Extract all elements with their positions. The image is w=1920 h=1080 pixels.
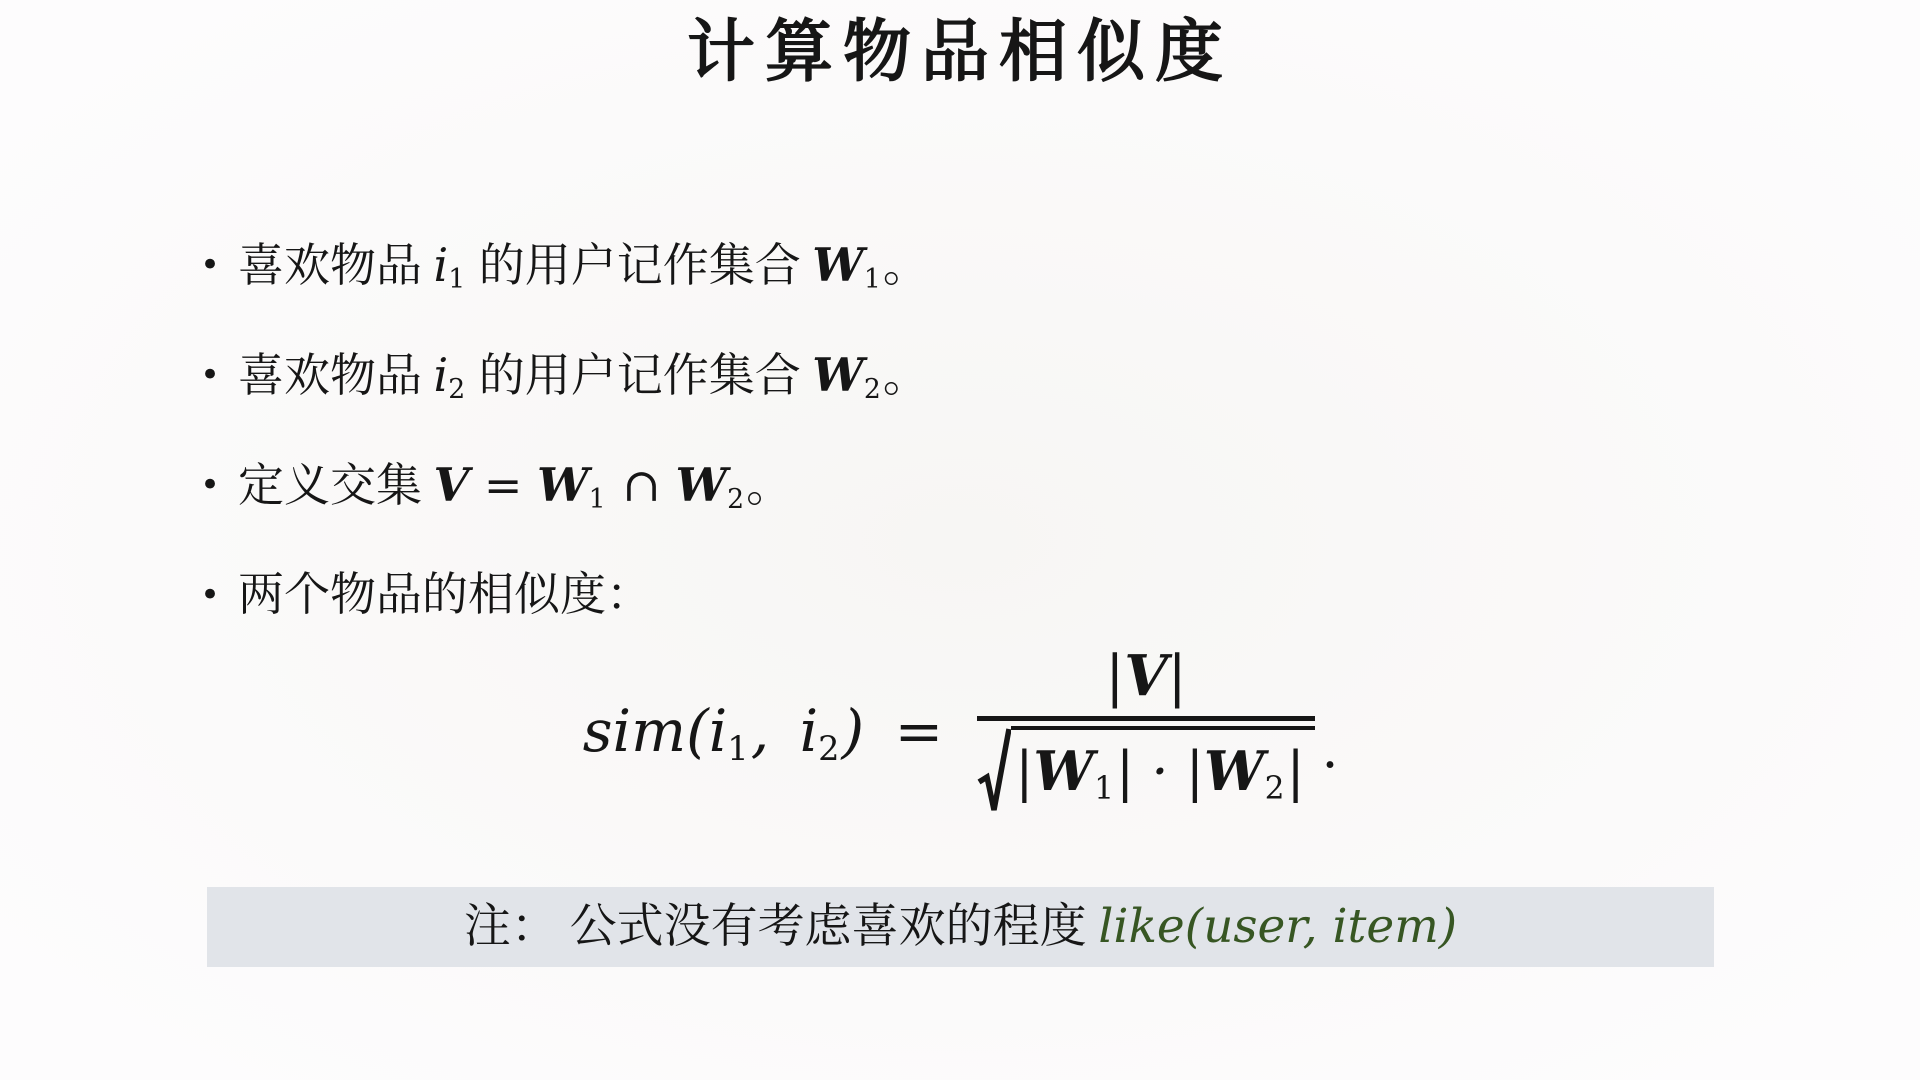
bullet-text-3: 定义交集 V = W1 ∩ W2。 (238, 455, 792, 516)
text-segment: V (434, 458, 470, 512)
text-segment: | (1287, 740, 1305, 803)
text-segment: 。 (883, 240, 929, 291)
bullet-list: • 喜欢物品 i1 的用户记作集合 W1。 • 喜欢物品 i2 的用户记作集合 … (200, 235, 1700, 675)
bullet-marker: • (200, 455, 238, 515)
text-segment: 的用户记作集合 (467, 240, 812, 291)
fraction-denominator: |W1| · |W2| (1011, 726, 1314, 818)
bullet-marker: • (200, 345, 238, 405)
text-segment: V (1124, 643, 1167, 709)
subscript: 1 (727, 729, 748, 768)
note-text: 注： 公式没有考虑喜欢的程度 like(user, item) (464, 897, 1457, 957)
text-segment: | (1168, 644, 1187, 709)
formula-period: . (1323, 714, 1338, 781)
text-segment: 。 (746, 460, 792, 511)
subscript: 1 (589, 484, 606, 515)
text-segment: , (751, 697, 800, 765)
bullet-item-3: • 定义交集 V = W1 ∩ W2。 (200, 455, 1700, 565)
text-segment: 。 (883, 350, 929, 401)
note-banner: 注： 公式没有考虑喜欢的程度 like(user, item) (207, 887, 1714, 967)
subscript: 2 (1265, 771, 1285, 807)
subscript: 1 (864, 264, 881, 295)
text-segment: | · | (1116, 740, 1204, 803)
subscript: 2 (818, 729, 839, 768)
text-segment: ∩ (608, 458, 676, 512)
text-segment: 定义交集 (238, 460, 434, 511)
slide-title: 计算物品相似度 (0, 10, 1920, 95)
text-segment: W (1033, 739, 1094, 803)
text-segment: W (812, 238, 864, 292)
presentation-slide: 计算物品相似度 • 喜欢物品 i1 的用户记作集合 W1。 • 喜欢物品 i2 … (0, 0, 1920, 1080)
bullet-text-4: 两个物品的相似度： (238, 565, 652, 625)
text-segment: 的用户记作集合 (467, 350, 812, 401)
text-segment: i (800, 697, 819, 765)
text-segment: = (469, 458, 537, 512)
text-segment: ) = (842, 697, 944, 765)
text-segment: | (1015, 740, 1033, 803)
square-root: |W1| · |W2| (977, 726, 1314, 818)
bullet-marker: • (200, 235, 238, 295)
text-segment: i (434, 348, 449, 402)
bullet-item-1: • 喜欢物品 i1 的用户记作集合 W1。 (200, 235, 1700, 345)
text-segment: 注： 公式没有考虑喜欢的程度 (464, 901, 1099, 953)
bullet-item-2: • 喜欢物品 i2 的用户记作集合 W2。 (200, 345, 1700, 455)
formula-lhs: sim(i1, i2) = (583, 695, 943, 768)
text-segment: ( (686, 697, 709, 765)
text-segment: W (812, 348, 864, 402)
fraction-bar (977, 716, 1314, 721)
text-segment: 两个物品的相似度： (238, 569, 652, 620)
radical-icon (977, 726, 1011, 818)
text-segment: sim (583, 697, 686, 765)
bullet-text-1: 喜欢物品 i1 的用户记作集合 W1。 (238, 235, 929, 296)
bullet-marker: • (200, 565, 238, 625)
fraction: |V| |W1| · |W2| (977, 645, 1314, 818)
text-segment: like(user, item) (1098, 899, 1457, 954)
subscript: 1 (1094, 771, 1114, 807)
fraction-numerator: |V| (1105, 645, 1186, 716)
text-segment: W (1204, 739, 1265, 803)
bullet-text-2: 喜欢物品 i2 的用户记作集合 W2。 (238, 345, 929, 406)
subscript: 2 (864, 374, 881, 405)
text-segment: 喜欢物品 (238, 350, 434, 401)
subscript: 2 (448, 374, 465, 405)
subscript: 2 (727, 484, 744, 515)
text-segment: i (434, 238, 449, 292)
text-segment: i (709, 697, 728, 765)
text-segment: 喜欢物品 (238, 240, 434, 291)
text-segment: W (675, 458, 727, 512)
text-segment: W (537, 458, 589, 512)
text-segment: | (1105, 644, 1124, 709)
subscript: 1 (448, 264, 465, 295)
similarity-formula: sim(i1, i2) = |V| |W1| · |W2| . (0, 645, 1920, 818)
